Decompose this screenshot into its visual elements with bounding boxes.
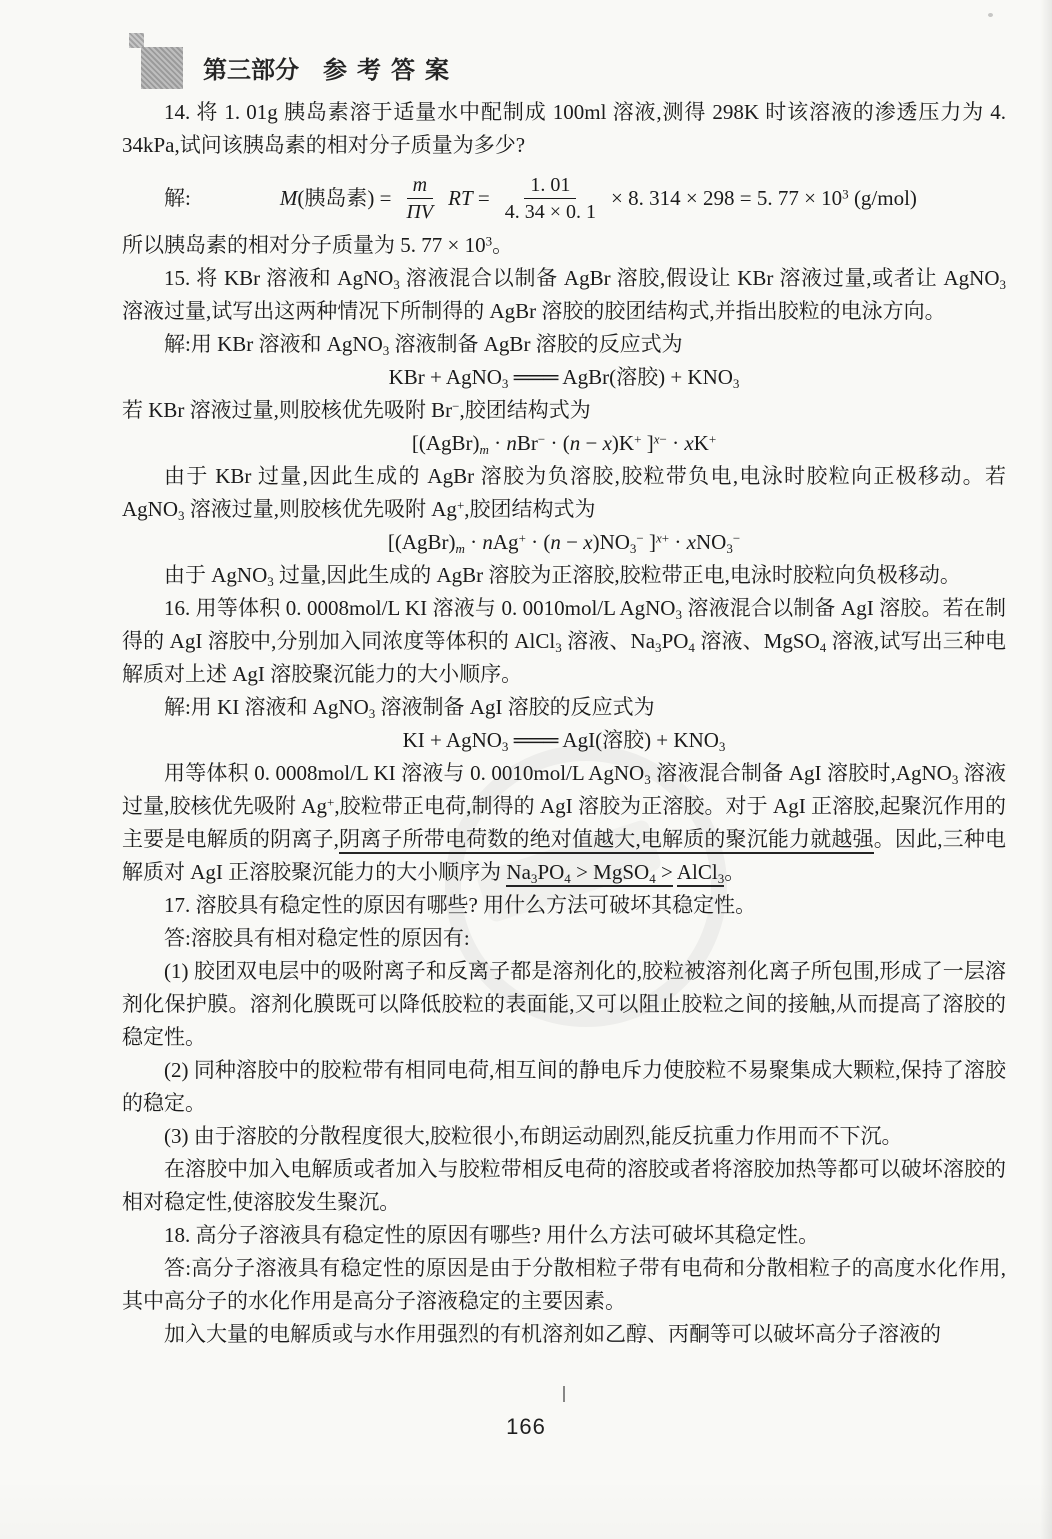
q15-case-agno3-result: 由于 AgNO3 过量,因此生成的 AgBr 溶胶为正溶胶,胶粒带正电,电泳时胶… <box>122 559 1006 592</box>
q16-analysis: 用等体积 0. 0008mol/L KI 溶液与 0. 0010mol/L Ag… <box>122 757 1006 889</box>
q14-question: 14. 将 1. 01g 胰岛素溶于适量水中配制成 100ml 溶液,测得 29… <box>122 96 1006 162</box>
q17-reason-2: (2) 同种溶胶中的胶粒带有相同电荷,相互间的静电斥力使胶粒不易聚集成大颗粒,保… <box>122 1054 1006 1120</box>
q14-fraction-values: 1. 01 4. 34 × 0. 1 <box>499 172 602 225</box>
q16-solution-intro: 解:用 KI 溶液和 AgNO3 溶液制备 AgI 溶胶的反应式为 <box>122 691 1006 724</box>
scan-edge-shadow <box>1040 0 1052 1539</box>
hand-underline: Na3PO4 > MgSO4 > <box>506 860 672 887</box>
page-number-tick-mark <box>563 1386 565 1402</box>
page-content: 14. 将 1. 01g 胰岛素溶于适量水中配制成 100ml 溶液,测得 29… <box>122 96 1006 1351</box>
q18-destroy-method: 加入大量的电解质或与水作用强烈的有机溶剂如乙醇、丙酮等可以破坏高分子溶液的 <box>122 1318 1006 1351</box>
q18-question: 18. 高分子溶液具有稳定性的原因有哪些? 用什么方法可破坏其稳定性。 <box>122 1219 1006 1252</box>
q15-micelle-formula-agno3: [(AgBr)m · nAg+ · (n − x)NO3− ]x+ · xNO3… <box>122 526 1006 559</box>
section-title: 参 考 答 案 <box>323 58 451 84</box>
page-number: 166 <box>0 1414 1052 1440</box>
q14-conclusion: 所以胰岛素的相对分子质量为 5. 77 × 103。 <box>122 229 1006 262</box>
hand-underline: AlCl3 <box>677 860 724 887</box>
q14-formula-group: M(胰岛素) = m ΠV RT = 1. 01 4. 34 × 0. 1 × … <box>280 172 917 225</box>
q16-question: 16. 用等体积 0. 0008mol/L KI 溶液与 0. 0010mol/… <box>122 592 1006 691</box>
q15-reaction-equation: KBr + AgNO3 ═══ AgBr(溶胶) + KNO3 <box>122 361 1006 394</box>
q15-micelle-formula-kbr: [(AgBr)m · nBr− · (n − x)K+ ]x− · xK+ <box>122 427 1006 460</box>
q14-formula-mid: RT = <box>448 186 490 211</box>
q17-destroy-method: 在溶胶中加入电解质或者加入与胶粒带相反电荷的溶胶或者将溶胶加热等都可以破坏溶胶的… <box>122 1153 1006 1219</box>
header-title: 第三部分参 考 答 案 <box>203 50 451 85</box>
q15-solution-intro: 解:用 KBr 溶液和 AgNO3 溶液制备 AgBr 溶胶的反应式为 <box>122 328 1006 361</box>
q15-case-kbr-result: 由于 KBr 过量,因此生成的 AgBr 溶胶为负溶胶,胶粒带负电,电泳时胶粒向… <box>122 460 1006 526</box>
q14-solution-formula: 解: M(胰岛素) = m ΠV RT = 1. 01 4. 34 × 0. 1… <box>122 172 1006 225</box>
q14-formula-lhs: M(胰岛素) = <box>280 186 392 211</box>
q17-reason-1: (1) 胶团双电层中的吸附离子和反离子都是溶剂化的,胶粒被溶剂化离子所包围,形成… <box>122 955 1006 1054</box>
q17-reason-3: (3) 由于溶胶的分散程度很大,胶粒很小,布朗运动剧烈,能反抗重力作用而不下沉。 <box>122 1120 1006 1153</box>
q18-answer: 答:高分子溶液具有稳定性的原因是由于分散相粒子带有电荷和分散相粒子的高度水化作用… <box>122 1252 1006 1318</box>
header-square-icon-small <box>129 33 144 48</box>
q14-fraction-mv: m ΠV <box>400 172 439 225</box>
solution-label: 解: <box>164 186 191 211</box>
scan-bottom-shade <box>0 1479 1052 1539</box>
hand-underline: 阴离子所带电荷数的绝对值越大,电解质的聚沉能力就越强 <box>339 827 874 854</box>
q17-question: 17. 溶胶具有稳定性的原因有哪些? 用什么方法可破坏其稳定性。 <box>122 889 1006 922</box>
section-label: 第三部分 <box>203 58 299 84</box>
q17-answer-intro: 答:溶胶具有相对稳定性的原因有: <box>122 922 1006 955</box>
header-square-icon-large <box>141 47 183 89</box>
q15-case-kbr-intro: 若 KBr 溶液过量,则胶核优先吸附 Br−,胶团结构式为 <box>122 394 1006 427</box>
q16-reaction-equation: KI + AgNO3 ═══ AgI(溶胶) + KNO3 <box>122 724 1006 757</box>
q14-formula-tail: × 8. 314 × 298 = 5. 77 × 103 (g/mol) <box>611 186 917 211</box>
q15-question: 15. 将 KBr 溶液和 AgNO3 溶液混合以制备 AgBr 溶胶,假设让 … <box>122 262 1006 328</box>
scan-speck <box>988 13 993 17</box>
